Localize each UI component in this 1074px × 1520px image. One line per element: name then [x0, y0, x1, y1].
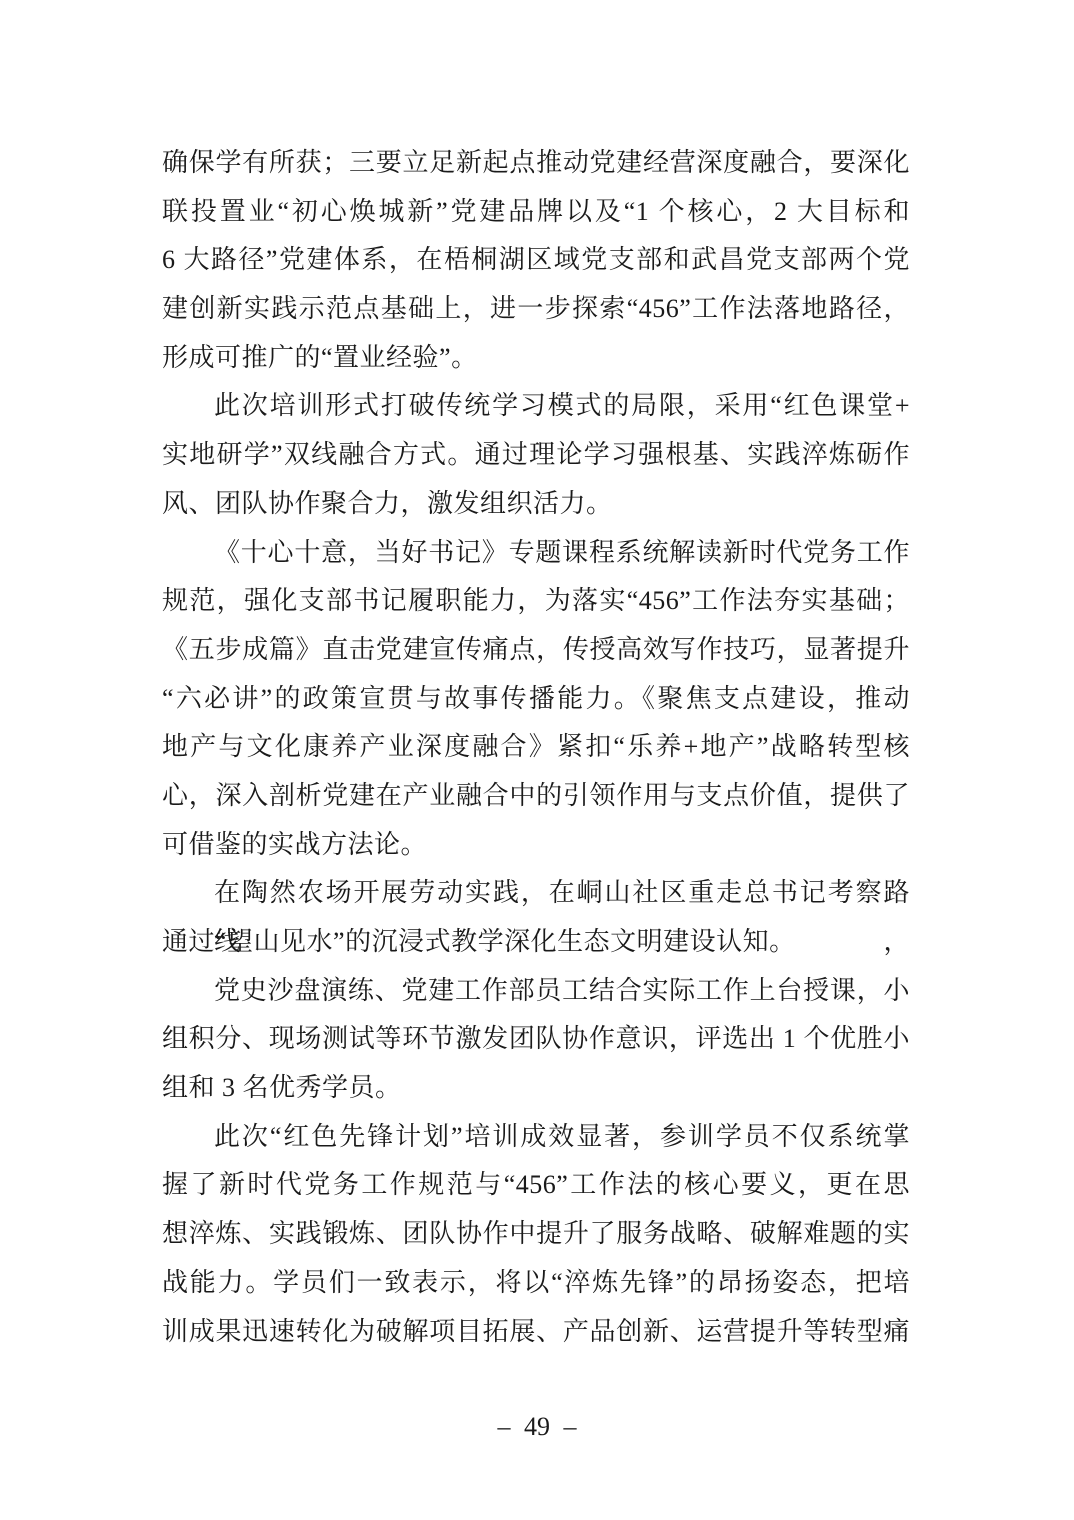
text-line: 形成可推广的“置业经验”。	[162, 334, 910, 383]
text-line: 可借鉴的实战方法论。	[162, 821, 910, 870]
page-number: – 49 –	[0, 1410, 1074, 1444]
text-line: 确保学有所获；三要立足新起点推动党建经营深度融合，要深化	[162, 139, 910, 188]
text-line: 《十心十意，当好书记》专题课程系统解读新时代党务工作	[162, 529, 910, 578]
text-line: 想淬炼、实践锻炼、团队协作中提升了服务战略、破解难题的实	[162, 1210, 910, 1259]
text-line: 6 大路径”党建体系，在梧桐湖区域党支部和武昌党支部两个党	[162, 236, 910, 285]
text-line: 战能力。学员们一致表示，将以“淬炼先锋”的昂扬姿态，把培	[162, 1259, 910, 1308]
text-line: 此次培训形式打破传统学习模式的局限，采用“红色课堂+	[162, 382, 910, 431]
text-line: 此次“红色先锋计划”培训成效显著，参训学员不仅系统掌	[162, 1113, 910, 1162]
text-line: 风、团队协作聚合力，激发组织活力。	[162, 480, 910, 529]
text-line: 训成果迅速转化为破解项目拓展、产品创新、运营提升等转型痛	[162, 1308, 910, 1357]
text-line: 联投置业“初心焕城新”党建品牌以及“1 个核心，2 大目标和	[162, 188, 910, 237]
text-line: 地产与文化康养产业深度融合》紧扣“乐养+地产”战略转型核	[162, 723, 910, 772]
document-page: 确保学有所获；三要立足新起点推动党建经营深度融合，要深化 联投置业“初心焕城新”…	[0, 0, 1074, 1520]
text-line: 实地研学”双线融合方式。通过理论学习强根基、实践淬炼砺作	[162, 431, 910, 480]
text-line: “六必讲”的政策宣贯与故事传播能力。《聚焦支点建设，推动	[162, 675, 910, 724]
text-line: 规范，强化支部书记履职能力，为落实“456”工作法夯实基础；	[162, 577, 910, 626]
text-line: 在陶然农场开展劳动实践，在峒山社区重走总书记考察路线，	[162, 869, 910, 918]
text-line: 《五步成篇》直击党建宣传痛点，传授高效写作技巧，显著提升	[162, 626, 910, 675]
text-body: 确保学有所获；三要立足新起点推动党建经营深度融合，要深化 联投置业“初心焕城新”…	[162, 139, 910, 1356]
text-line: 握了新时代党务工作规范与“456”工作法的核心要义，更在思	[162, 1161, 910, 1210]
text-line: 组积分、现场测试等环节激发团队协作意识，评选出 1 个优胜小	[162, 1015, 910, 1064]
text-line: 建创新实践示范点基础上，进一步探索“456”工作法落地路径，	[162, 285, 910, 334]
text-line: 心，深入剖析党建在产业融合中的引领作用与支点价值，提供了	[162, 772, 910, 821]
text-line: 组和 3 名优秀学员。	[162, 1064, 910, 1113]
text-line: 党史沙盘演练、党建工作部员工结合实际工作上台授课，小	[162, 967, 910, 1016]
